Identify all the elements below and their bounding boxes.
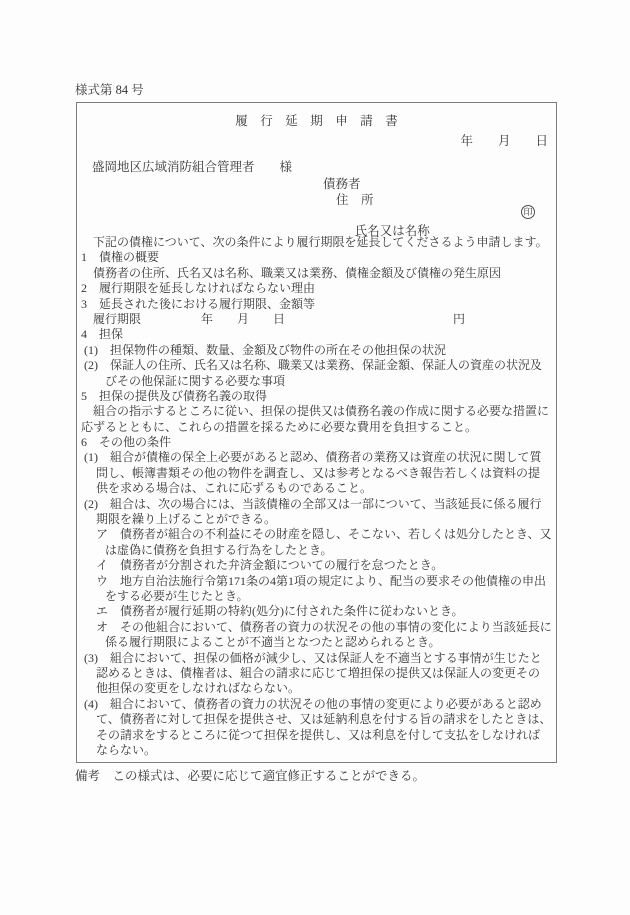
doc-line: (4) 組合において、債務者の資力の状況その他の事情の変更により必要があると認め (81, 697, 556, 712)
doc-line: は虚偽に債務を負担する行為をしたとき。 (81, 543, 556, 558)
document-title: 履 行 延 期 申 請 書 (77, 111, 556, 129)
doc-line: 6 その他の条件 (81, 435, 556, 450)
doc-line: 下記の債権について、次の条件により履行期限を延長してくださるよう申請します。 (81, 235, 556, 250)
doc-line: 3 延長された後における履行期限、金額等 (81, 297, 556, 312)
doc-line: 4 担保 (81, 327, 556, 342)
doc-line: 供を求める場合は、これに応ずるものであること。 (81, 481, 556, 496)
doc-line: 他担保の変更をしなければならない。 (81, 681, 556, 696)
doc-line: 応ずるとともに、これらの措置を採るために必要な費用を負担すること。 (81, 420, 556, 435)
remarks-note: 備考 この様式は、必要に応じて適宜修正することができる。 (75, 766, 425, 784)
doc-line: ア 債務者が組合の不利益にその財産を隠し、そこない、若しくは処分したとき、又 (81, 527, 556, 542)
doc-line: (2) 保証人の住所、氏名又は名称、職業又は業務、保証金額、保証人の資産の状況及 (81, 358, 556, 373)
doc-line: (1) 組合が債権の保全上必要があると認め、債務者の業務又は資産の状況に関して質 (81, 450, 556, 465)
doc-line: ウ 地方自治法施行令第171条の4第1項の規定により、配当の要求その他債権の申出 (81, 574, 556, 589)
form-border-box: 履 行 延 期 申 請 書 年 月 日 盛岡地区広域消防組合管理者 様 債務者 … (76, 102, 557, 763)
doc-line: ならない。 (81, 743, 556, 758)
doc-line: 履行期限 年 月 日 円 (81, 312, 556, 327)
seal-icon: 印 (521, 205, 535, 219)
doc-line: 期限を繰り上げることができる。 (81, 512, 556, 527)
doc-line: て、債務者に対して担保を提供させ、又は延納利息を付する旨の請求をしたときは、 (81, 712, 556, 727)
doc-line: をする必要が生じたとき。 (81, 589, 556, 604)
doc-line: 1 債権の概要 (81, 250, 556, 265)
doc-line: 係る履行期限によることが不適当となつたと認められるとき。 (81, 635, 556, 650)
doc-line: (3) 組合において、担保の価格が減少し、又は保証人を不適当とする事情が生じたと (81, 651, 556, 666)
form-number: 様式第 84 号 (75, 83, 144, 98)
doc-line: その請求をするところに従つて担保を提供し、又は利息を付して支払をしなければ (81, 728, 556, 743)
doc-line: 問し、帳簿書類その他の物件を調査し、又は参考となるべき報告若しくは資料の提 (81, 466, 556, 481)
addressee-line: 盛岡地区広域消防組合管理者 様 (92, 157, 292, 175)
doc-line: エ 債務者が履行延期の特約(処分)に付された条件に従わないとき。 (81, 604, 556, 619)
doc-line: 認めるときは、債権者は、組合の請求に応じて増担保の提供又は保証人の変更その (81, 666, 556, 681)
date-line: 年 月 日 (460, 131, 548, 149)
doc-line: びその他保証に関する必要な事項 (81, 374, 556, 389)
doc-line: 5 担保の提供及び債務名義の取得 (81, 389, 556, 404)
doc-line: (2) 組合は、次の場合には、当該債権の全部又は一部について、当該延長に係る履行 (81, 497, 556, 512)
conditions-body: 下記の債権について、次の条件により履行期限を延長してくださるよう申請します。1 … (81, 235, 556, 758)
doc-line: 債務者の住所、氏名又は名称、職業又は業務、債権金額及び債権の発生原因 (81, 266, 556, 281)
doc-line: (1) 担保物件の種類、数量、金額及び物件の所在その他担保の状況 (81, 343, 556, 358)
document-page: 様式第 84 号 履 行 延 期 申 請 書 年 月 日 盛岡地区広域消防組合管… (0, 0, 630, 915)
doc-line: 組合の指示するところに従い、担保の提供又は債務名義の作成に関する必要な措置に (81, 404, 556, 419)
doc-line: オ その他組合において、債務者の資力の状況その他の事情の変化により当該延長に (81, 620, 556, 635)
doc-line: イ 債務者が分割された弁済金額についての履行を怠つたとき。 (81, 558, 556, 573)
doc-line: 2 履行期限を延長しなければならない理由 (81, 281, 556, 296)
